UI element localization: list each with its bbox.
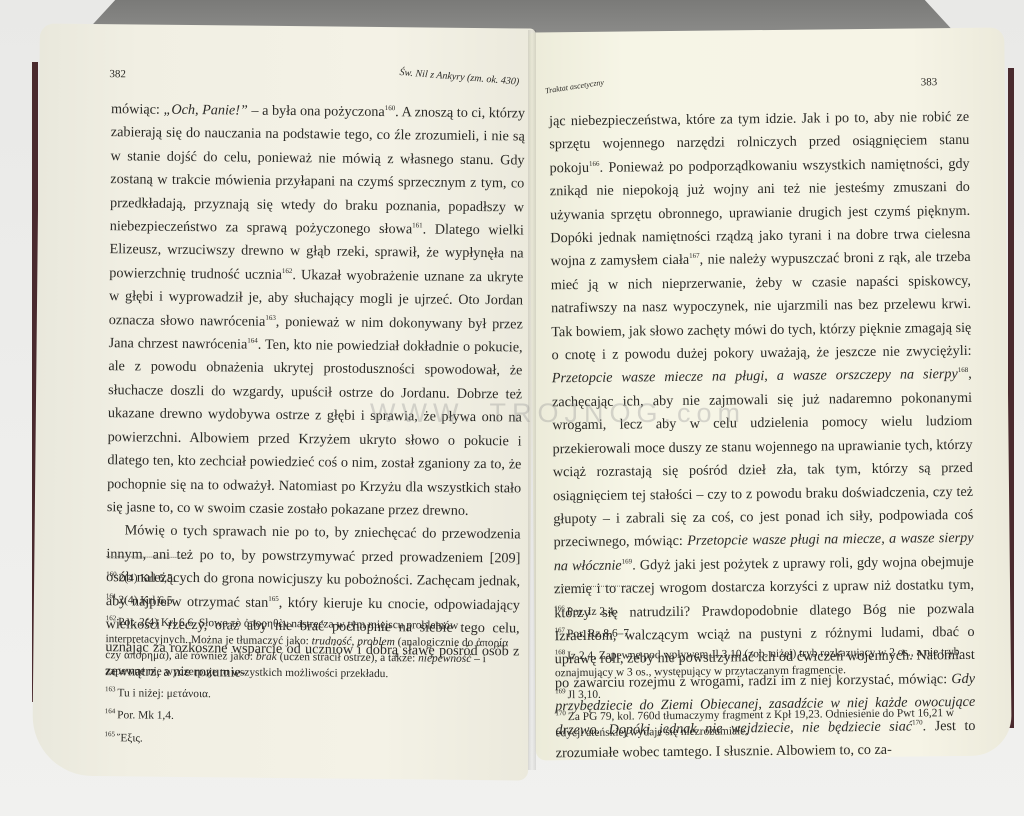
footnote-number: 161	[106, 592, 117, 600]
italic-text: „Och, Panie!”	[163, 102, 248, 119]
footnote: 1602(4) Krl 6,5.	[106, 566, 516, 590]
footnote: 1612(4) Krl 6,5.	[106, 588, 516, 612]
footnote-number: 164	[105, 708, 116, 716]
footnote-marker: 168	[958, 366, 969, 374]
footnote: 162Por. 2(4) Krl 6,6. Słowo τὸ ἀπορηθὲν …	[105, 611, 516, 684]
footnote-marker: 162	[282, 267, 293, 275]
footnote: 164Por. Mk 1,4.	[105, 704, 515, 728]
running-header: Św. Nil z Ankyry (zm. ok. 430)	[399, 67, 519, 88]
footnote-number: 167	[554, 626, 565, 634]
italic-text: niepewność	[418, 652, 471, 665]
page-number: 383	[921, 76, 938, 88]
footnote: 163Tu i niżej: μετάνοια.	[105, 681, 515, 705]
footnote-marker: 161	[412, 221, 423, 229]
italic-text: Przetopcie wasze miecze na pługi, a wasz…	[552, 367, 958, 387]
footnote-number: 166	[554, 604, 565, 612]
italic-text: problem	[357, 635, 395, 647]
footnote-marker: 163	[265, 313, 276, 321]
footnote: 167Por. Rz 8,6–7.	[554, 618, 974, 643]
running-header: Traktat ascetyczny	[544, 78, 604, 96]
footnote-number: 160	[106, 570, 117, 578]
footnotes: 1602(4) Krl 6,5.1612(4) Krl 6,5.162Por. …	[104, 566, 516, 752]
footnote-number: 168	[555, 649, 566, 657]
photo-scene: 382 Św. Nil z Ankyry (zm. ok. 430) mówią…	[0, 0, 1024, 816]
book-gutter	[528, 30, 536, 770]
footnote-number: 170	[555, 709, 566, 717]
footnote: 168Iz 2,4. Zapewne pod wpływem Jl 3,10 (…	[555, 640, 975, 681]
footnote-marker: 166	[589, 160, 600, 168]
footnote-number: 165	[104, 730, 115, 738]
italic-text: Przetopcie wasze pługi na miecze, a wasz…	[554, 530, 974, 574]
footnote-number: 163	[105, 685, 116, 693]
footnotes: 166Por. Iz 2,4.167Por. Rz 8,6–7.168Iz 2,…	[554, 596, 975, 744]
footnote-marker: 169	[622, 557, 633, 565]
footnote-marker: 167	[689, 252, 700, 260]
footnote: 165Ἕξις.	[104, 726, 514, 750]
italic-text: brak	[256, 651, 277, 663]
footnote: 170Za PG 79, kol. 760d tłumaczymy fragme…	[555, 701, 975, 742]
left-page: 382 Św. Nil z Ankyry (zm. ok. 430) mówią…	[32, 23, 536, 780]
footnote-number: 162	[106, 615, 117, 623]
right-page: Traktat ascetyczny 383 jąc niebezpieczeń…	[528, 28, 1012, 761]
footnote-marker: 164	[247, 337, 258, 345]
footnote-marker: 160	[385, 104, 396, 112]
footnote: 169Jl 3,10.	[555, 679, 975, 704]
page-number: 382	[109, 68, 126, 80]
italic-text: trudność	[312, 635, 352, 647]
footnote: 166Por. Iz 2,4.	[554, 596, 974, 621]
footnote-number: 169	[555, 687, 566, 695]
paragraph: mówiąc: „Och, Panie!” – a była ona pożyc…	[107, 98, 525, 524]
